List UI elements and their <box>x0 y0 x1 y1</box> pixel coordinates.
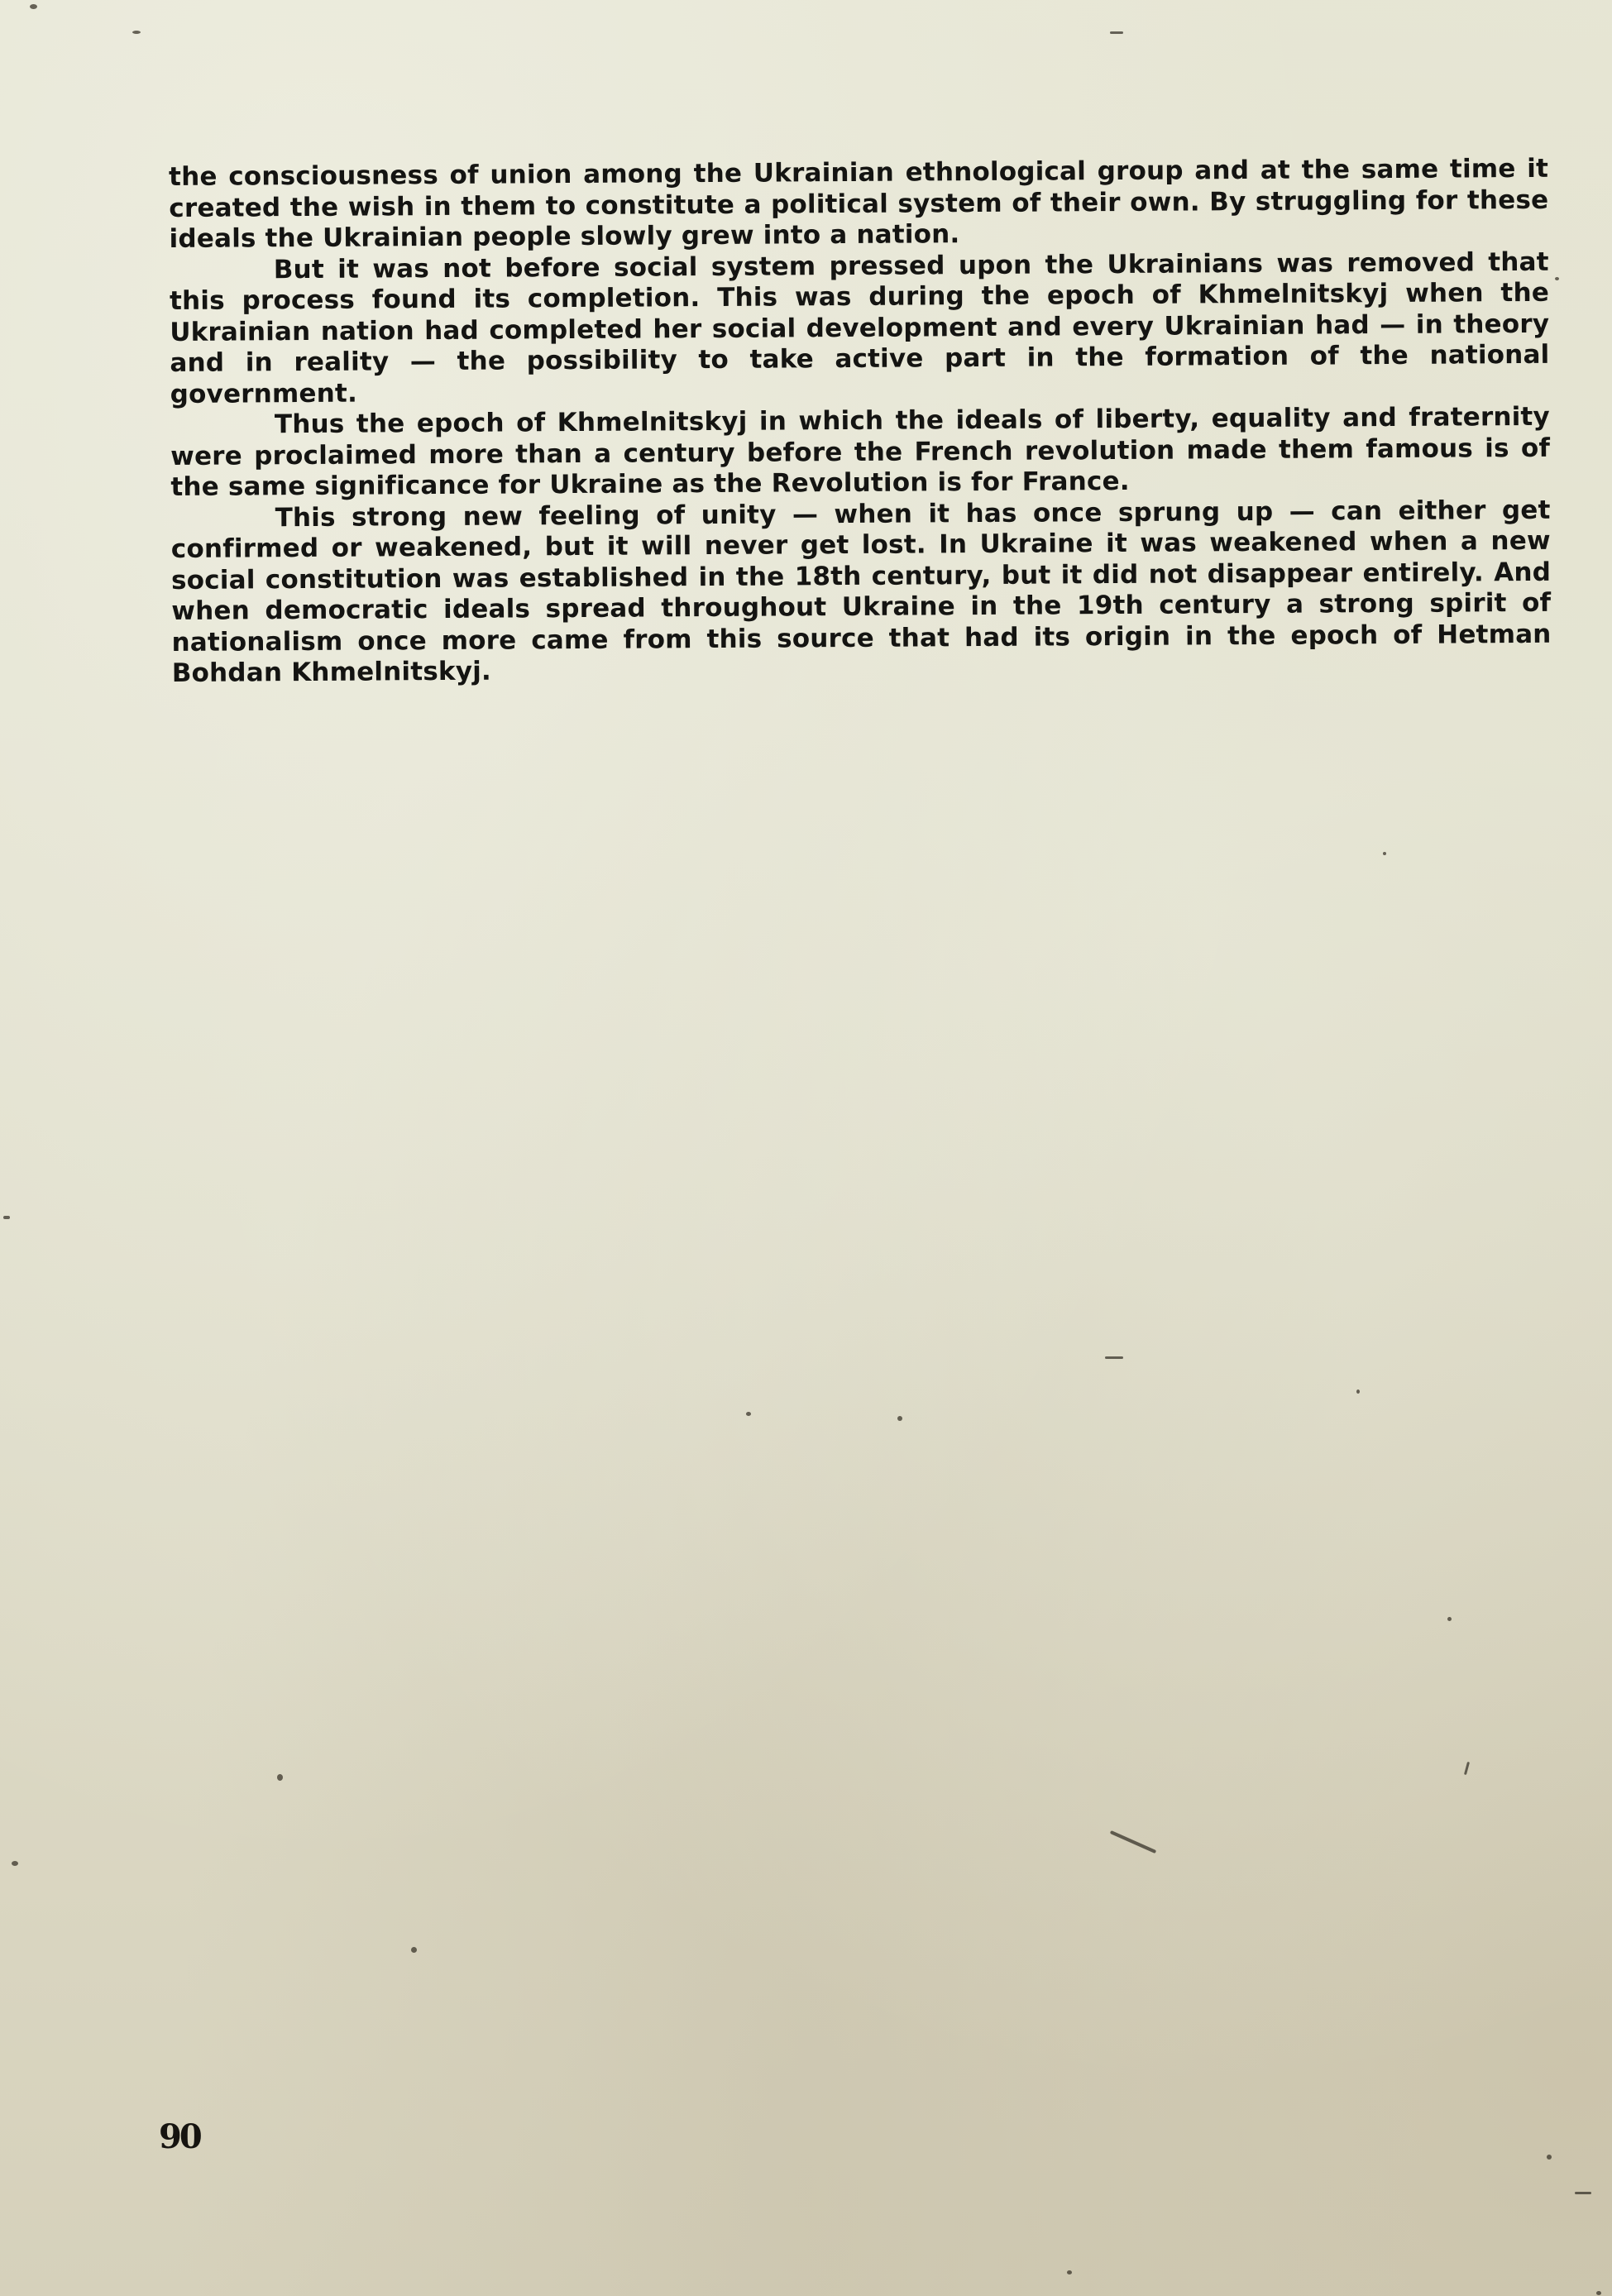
paper-speck <box>1383 852 1386 855</box>
paper-speck <box>1447 1617 1452 1621</box>
paper-speck <box>277 1774 283 1781</box>
paper-fiber <box>1464 1762 1470 1775</box>
paper-speck <box>30 4 37 9</box>
paper-fiber <box>1110 1830 1156 1854</box>
page-number: 90 <box>159 2117 200 2156</box>
paragraph-1: the consciousness of union among the Ukr… <box>169 154 1549 256</box>
paragraph-4: This strong new feeling of unity — when … <box>171 495 1552 689</box>
paper-speck <box>132 31 141 34</box>
paper-speck <box>411 1947 417 1953</box>
paper-speck <box>897 1416 902 1421</box>
paper-speck <box>1356 1390 1360 1394</box>
paper-speck <box>1596 2291 1601 2295</box>
paragraph-3: Thus the epoch of Khmelnitskyj in which … <box>170 402 1551 504</box>
scanned-book-page: the consciousness of union among the Ukr… <box>0 0 1612 2296</box>
paper-fiber <box>1110 31 1123 34</box>
paper-speck <box>1067 2270 1072 2274</box>
paragraph-2: But it was not before social system pres… <box>170 246 1550 410</box>
paper-speck <box>746 1412 751 1416</box>
body-text: the consciousness of union among the Ukr… <box>169 154 1552 690</box>
paper-speck <box>12 1861 18 1866</box>
paper-speck <box>1555 277 1559 280</box>
paper-fiber <box>1575 2192 1591 2194</box>
paper-fiber <box>1105 1356 1123 1359</box>
paper-fiber <box>3 1216 10 1219</box>
paper-speck <box>1547 2155 1552 2160</box>
